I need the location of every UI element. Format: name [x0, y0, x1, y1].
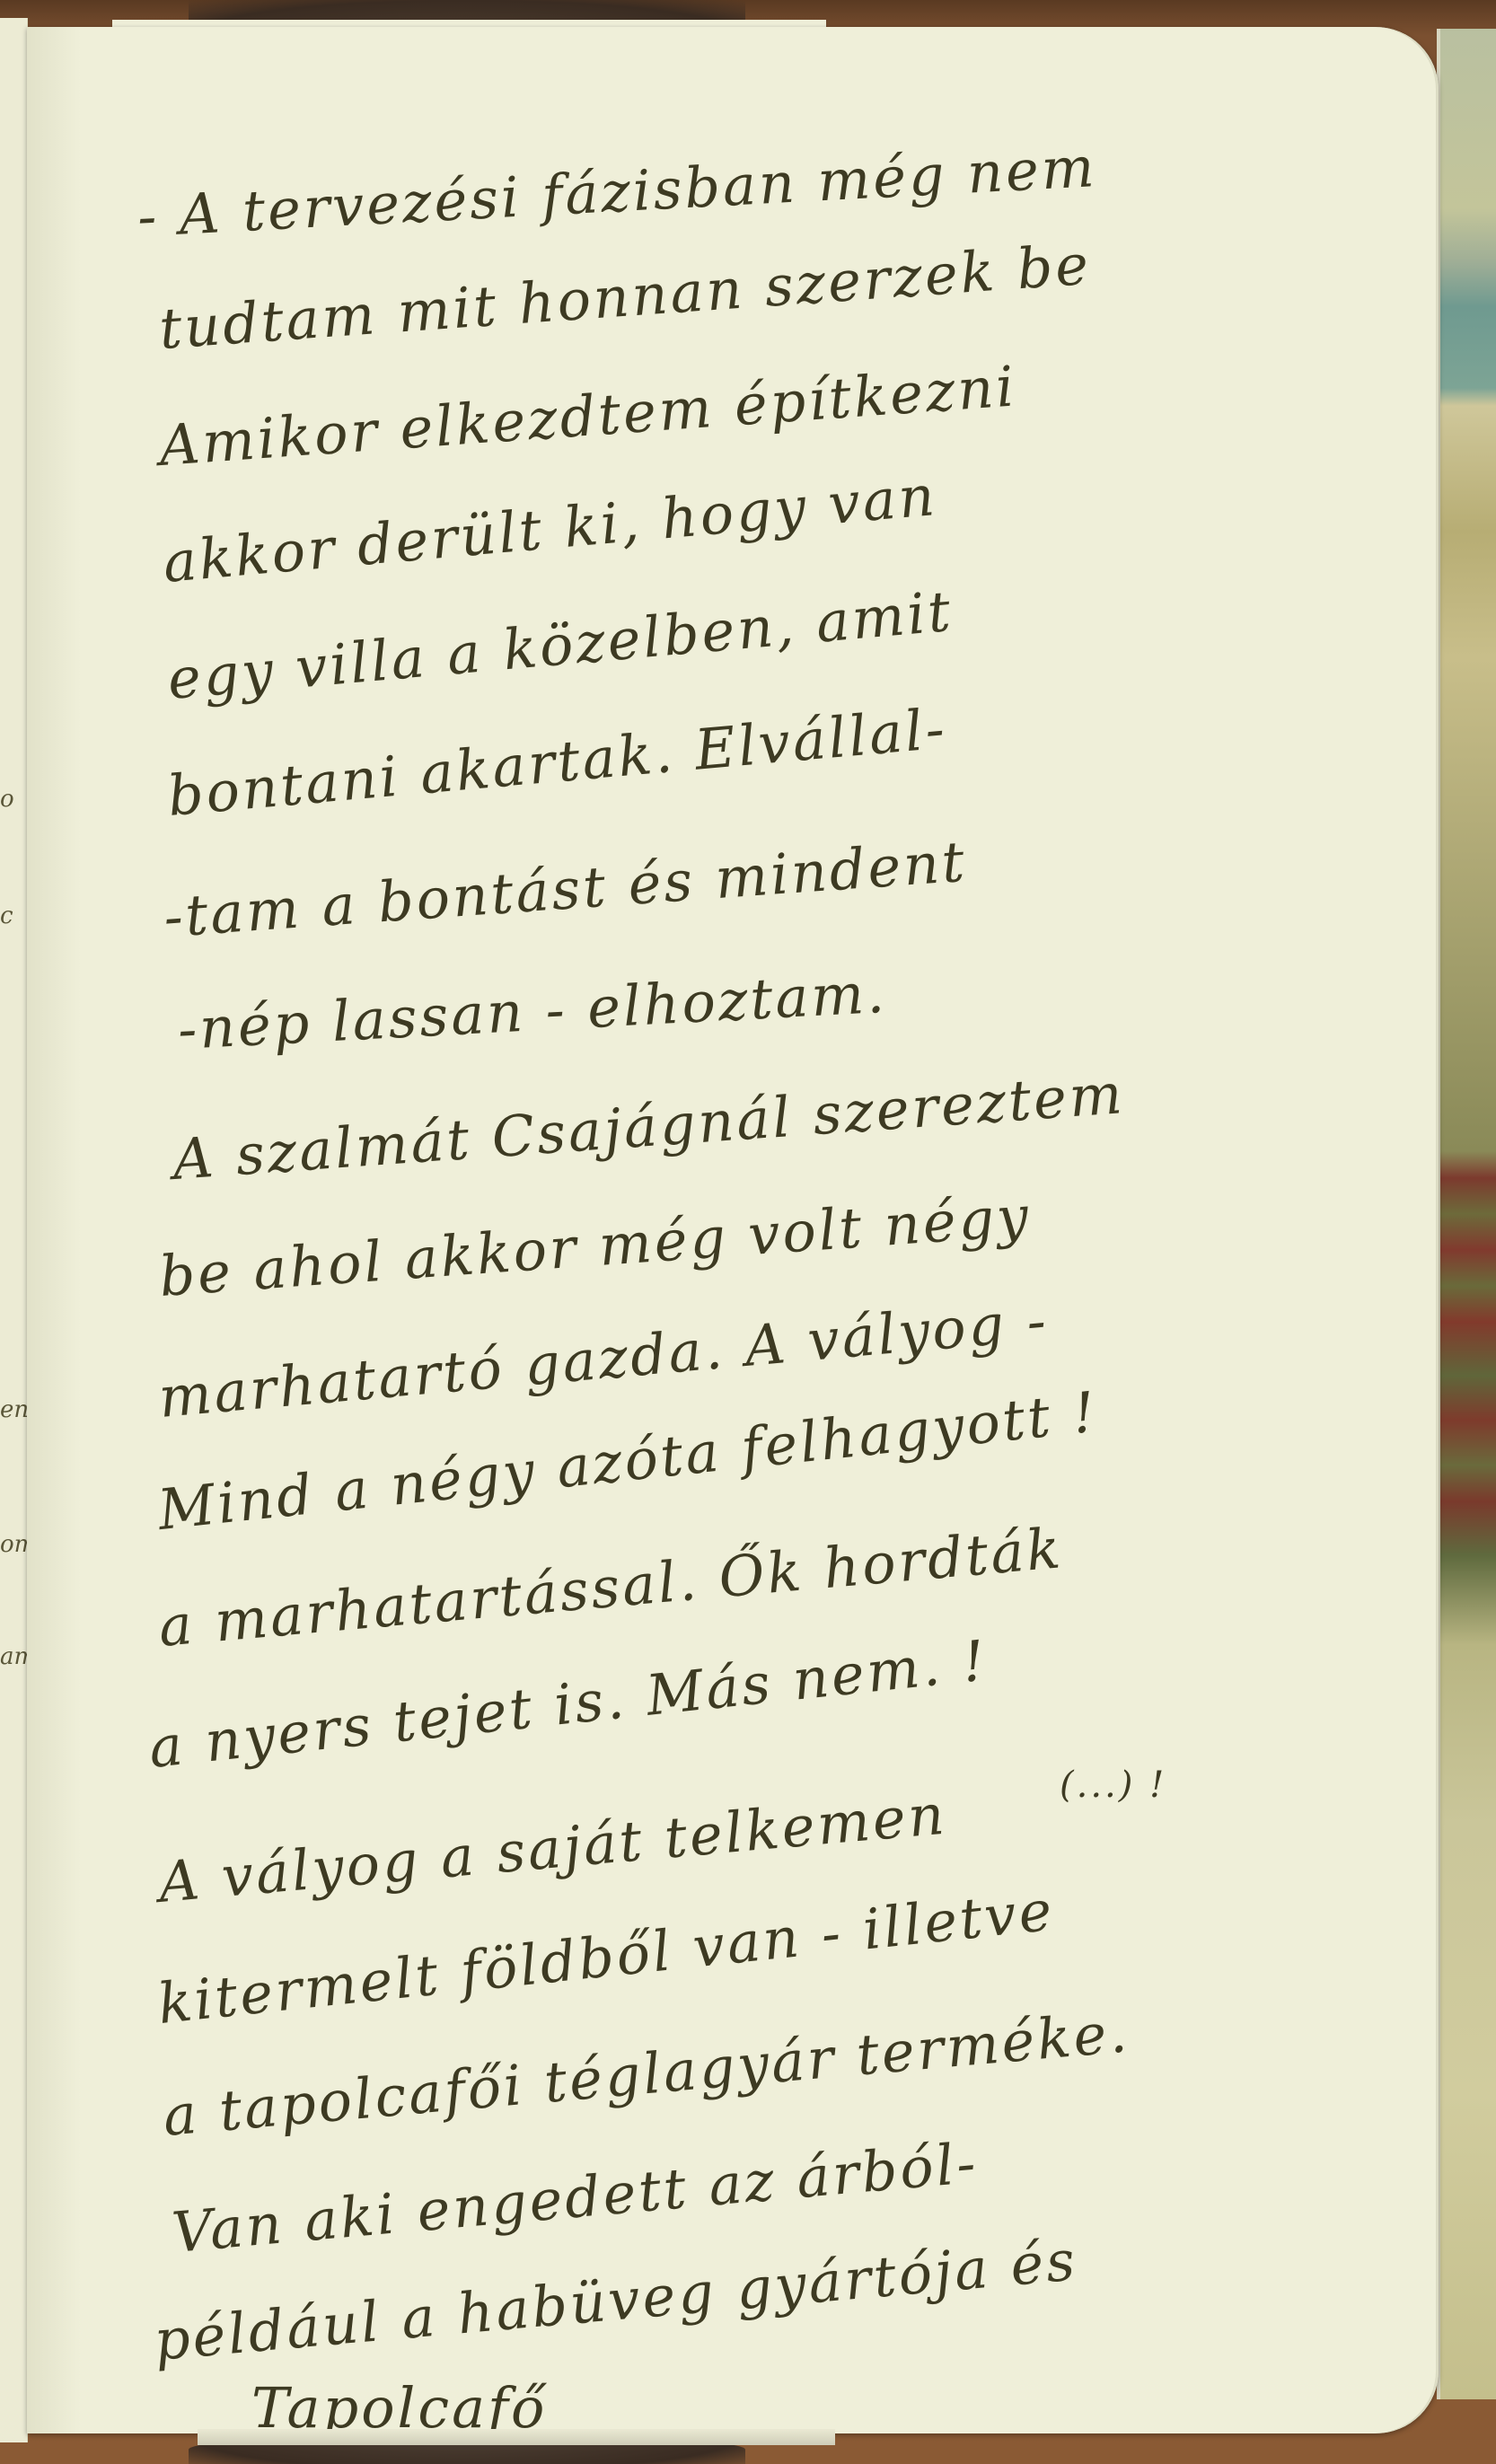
page-bottom-tab [198, 2429, 835, 2445]
handwritten-line: tudtam mit honnan szerzek be [157, 232, 1093, 362]
handwritten-line: a nyers tejet is. Más nem. ! [145, 1627, 990, 1781]
margin-fragment: en [0, 1396, 28, 1423]
handwritten-line: akkor derült ki, hogy van [161, 462, 940, 595]
gutter-shade [27, 27, 81, 2433]
illustrated-page-edge [1437, 29, 1496, 2399]
handwritten-line: be ahol akkor még volt négy [157, 1183, 1033, 1309]
handwritten-line: - A tervezési fázisban még nem [136, 134, 1098, 250]
margin-fragment: am [0, 1643, 28, 1670]
notebook-page: - A tervezési fázisban még nem tudtam mi… [27, 27, 1439, 2433]
margin-fragment: o [0, 786, 14, 813]
handwritten-line: egy villa a közelben, amit [165, 578, 955, 712]
margin-fragment: c [0, 902, 13, 929]
handwritten-annotation: (...) ! [1060, 1764, 1166, 1806]
handwritten-line: bontani akartak. Elvállal- [165, 695, 950, 829]
handwritten-line: A vályog a saját telkemen [156, 1782, 949, 1915]
handwritten-line: -nép lassan - elhoztam. [176, 960, 888, 1062]
left-page-edge: o c en om am [0, 18, 28, 2442]
handwritten-line: Amikor elkezdtem építkezni [157, 353, 1018, 479]
handwritten-line: A szalmát Csajágnál szereztem [171, 1060, 1127, 1192]
handwritten-line: a tapolcafői téglagyár terméke. [161, 1999, 1132, 2149]
margin-fragment: om [0, 1531, 28, 1558]
handwritten-line: -tam a bontást és mindent [162, 829, 969, 950]
